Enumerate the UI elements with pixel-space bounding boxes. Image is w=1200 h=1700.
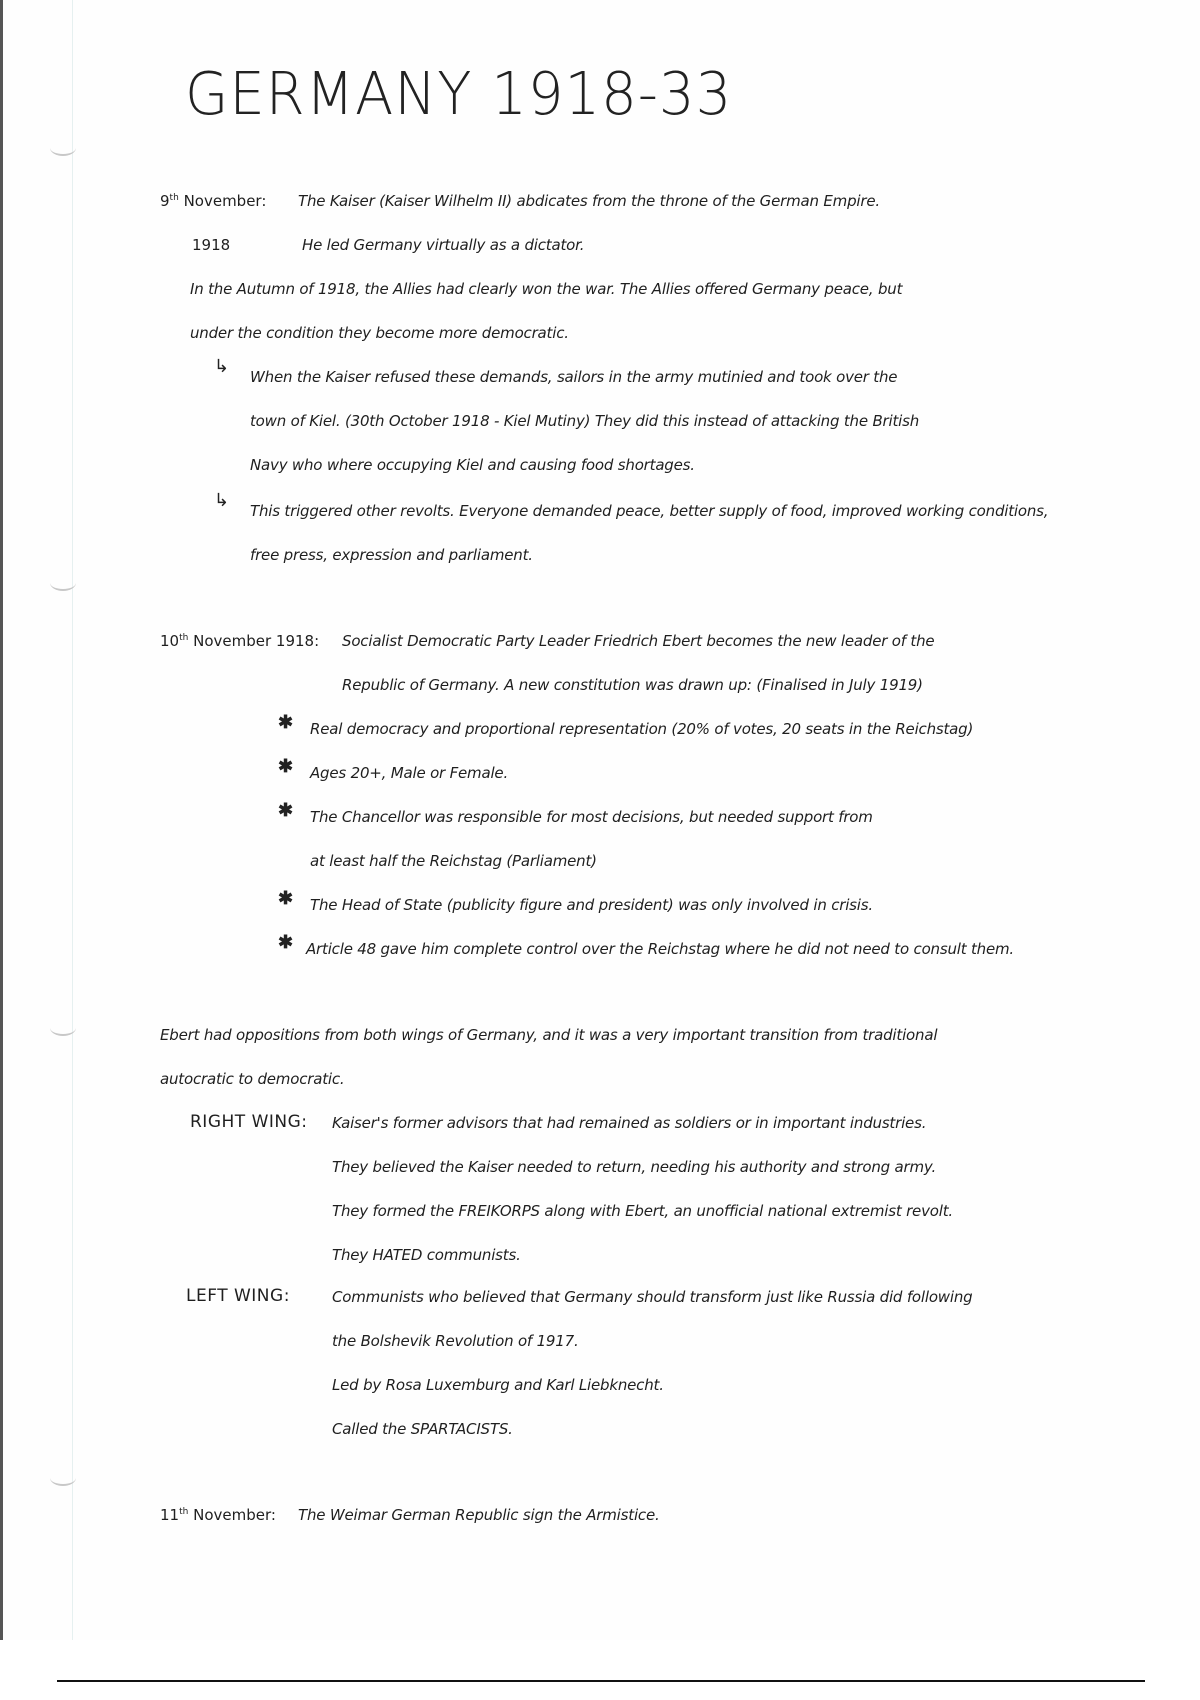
bullet-text: at least half the Reichstag (Parliament) (310, 852, 597, 870)
text-line: They formed the FREIKORPS along with Ebe… (332, 1202, 953, 1220)
date-suffix: th (179, 633, 188, 643)
punch-hole-mark (50, 1020, 76, 1036)
text-line: This triggered other revolts. Everyone d… (250, 502, 1048, 520)
page-edge (0, 0, 3, 1640)
text-line: Called the SPARTACISTS. (332, 1420, 513, 1438)
date-suffix: th (179, 1507, 188, 1517)
text-line: The Kaiser (Kaiser Wilhelm II) abdicates… (298, 192, 880, 210)
star-bullet-icon: ✱ (278, 932, 293, 953)
date-month: November: (184, 192, 267, 210)
left-wing-label: LEFT WING: (186, 1286, 290, 1306)
date-label-nov10: 10th November 1918: (160, 632, 319, 650)
bullet-text: Article 48 gave him complete control ove… (306, 940, 1014, 958)
date-suffix: th (170, 193, 179, 203)
date-month: November: (193, 1506, 276, 1524)
text-line: Socialist Democratic Party Leader Friedr… (342, 632, 934, 650)
punch-hole-mark (50, 140, 76, 156)
text-line: autocratic to democratic. (160, 1070, 344, 1088)
text-line: Republic of Germany. A new constitution … (342, 676, 923, 694)
margin-line (72, 0, 73, 1640)
date-day: 9 (160, 192, 170, 210)
star-bullet-icon: ✱ (278, 712, 293, 733)
text-line: They HATED communists. (332, 1246, 521, 1264)
date-day: 10 (160, 632, 179, 650)
notebook-page: GERMANY 1918-33 9th November: The Kaiser… (0, 0, 1200, 1640)
bullet-text: The Chancellor was responsible for most … (310, 808, 873, 826)
text-line: In the Autumn of 1918, the Allies had cl… (190, 280, 902, 298)
bullet-text: The Head of State (publicity figure and … (310, 896, 873, 914)
bullet-text: Real democracy and proportional represen… (310, 720, 973, 738)
bullet-text: Ages 20+, Male or Female. (310, 764, 508, 782)
star-bullet-icon: ✱ (278, 800, 293, 821)
right-wing-label: RIGHT WING: (190, 1112, 308, 1132)
text-line: under the condition they become more dem… (190, 324, 569, 342)
text-line: He led Germany virtually as a dictator. (302, 236, 584, 254)
text-line: Led by Rosa Luxemburg and Karl Liebknech… (332, 1376, 664, 1394)
punch-hole-mark (50, 575, 76, 591)
text-line: town of Kiel. (30th October 1918 - Kiel … (250, 412, 919, 430)
arrow-icon: ↳ (214, 490, 229, 511)
date-month-year: November 1918: (193, 632, 319, 650)
text-line: They believed the Kaiser needed to retur… (332, 1158, 936, 1176)
date-label-nov11: 11th November: (160, 1506, 276, 1524)
page-title: GERMANY 1918-33 (185, 60, 732, 128)
punch-hole-mark (50, 1470, 76, 1486)
text-line: the Bolshevik Revolution of 1917. (332, 1332, 579, 1350)
text-line: The Weimar German Republic sign the Armi… (298, 1506, 660, 1524)
footer-rule (57, 1680, 1145, 1682)
text-line: Ebert had oppositions from both wings of… (160, 1026, 937, 1044)
date-year-nov9: 1918 (192, 236, 230, 254)
text-line: Navy who where occupying Kiel and causin… (250, 456, 695, 474)
date-day: 11 (160, 1506, 179, 1524)
text-line: Communists who believed that Germany sho… (332, 1288, 972, 1306)
text-line: When the Kaiser refused these demands, s… (250, 368, 897, 386)
text-line: Kaiser's former advisors that had remain… (332, 1114, 926, 1132)
star-bullet-icon: ✱ (278, 888, 293, 909)
arrow-icon: ↳ (214, 356, 229, 377)
star-bullet-icon: ✱ (278, 756, 293, 777)
text-line: free press, expression and parliament. (250, 546, 533, 564)
date-label-nov9: 9th November: (160, 192, 266, 210)
